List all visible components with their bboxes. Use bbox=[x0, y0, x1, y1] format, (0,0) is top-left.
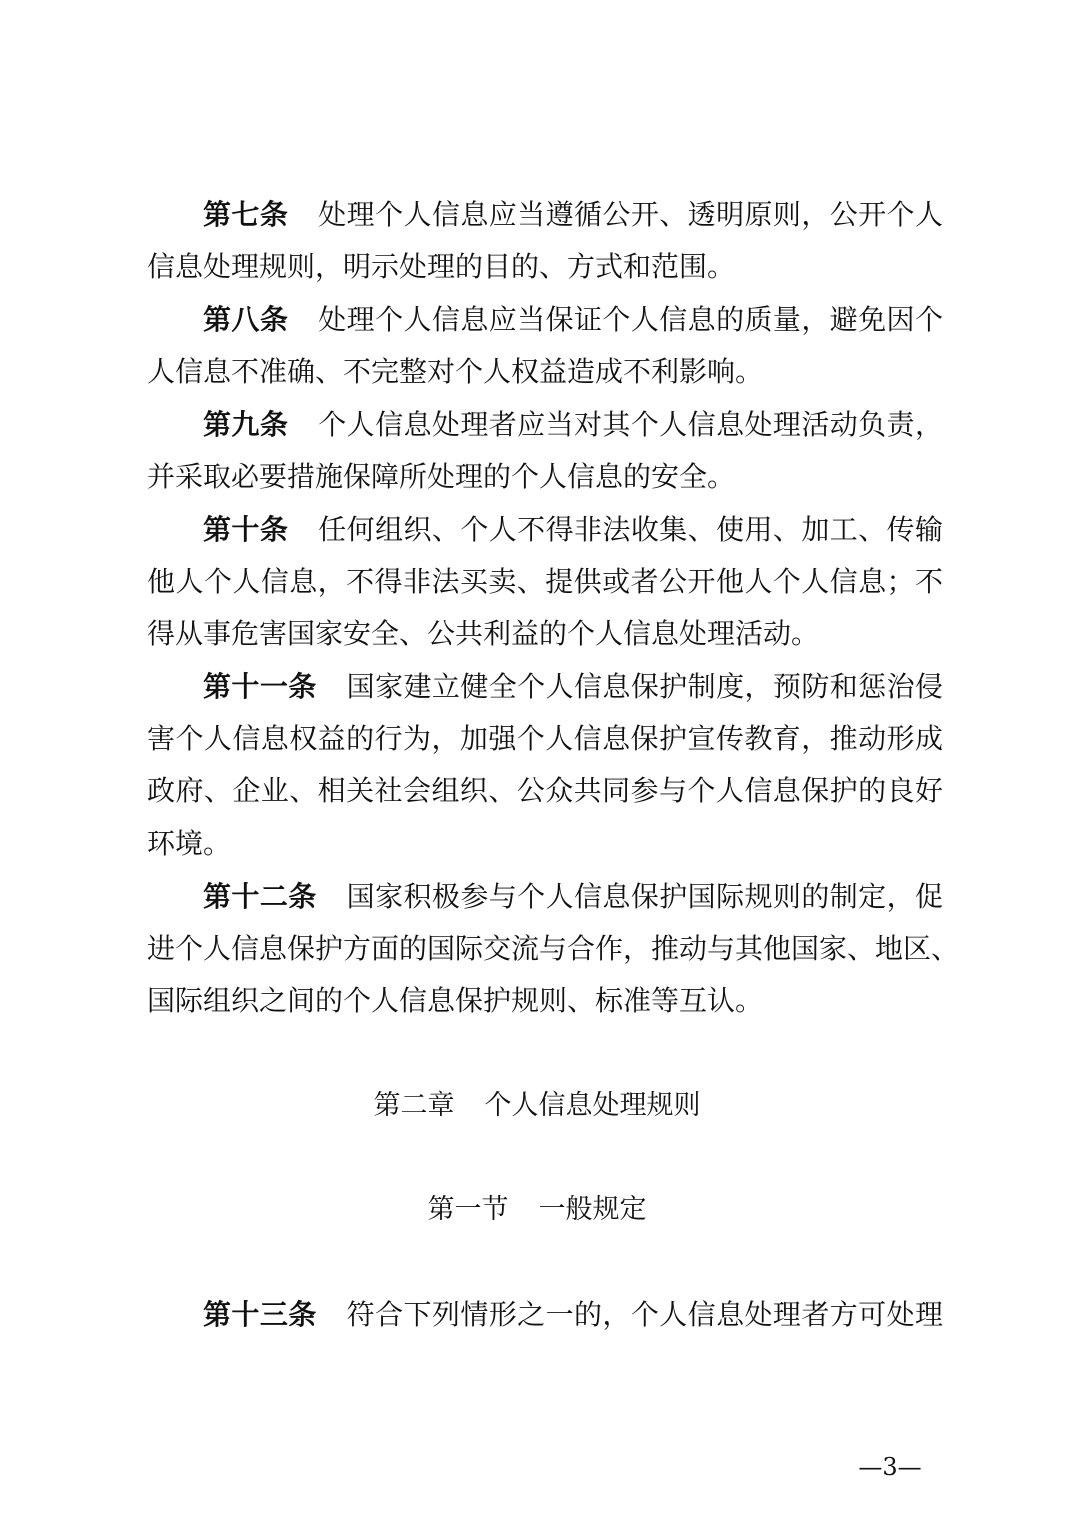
article-line: 第八条处理个人信息应当保证个人信息的质量，避免因个 bbox=[203, 294, 943, 346]
section-title: 一般规定 bbox=[539, 1194, 647, 1225]
article-number: 第十一条 bbox=[203, 670, 317, 703]
article-line: 人信息不准确、不完整对个人权益造成不利影响。 bbox=[147, 346, 943, 398]
chapter-number: 第二章 bbox=[374, 1090, 455, 1121]
article-number: 第十二条 bbox=[203, 880, 317, 913]
article-line: 信息处理规则，明示处理的目的、方式和范围。 bbox=[147, 241, 943, 293]
article-line: 国际组织之间的个人信息保护规则、标准等互认。 bbox=[147, 975, 943, 1027]
article-number: 第十条 bbox=[203, 513, 288, 546]
article-number: 第七条 bbox=[203, 198, 288, 231]
article-number: 第九条 bbox=[203, 408, 288, 441]
chapter-heading: 第二章个人信息处理规则 bbox=[0, 1080, 1074, 1132]
article-line: 第十二条国家积极参与个人信息保护国际规则的制定，促 bbox=[203, 871, 943, 923]
section-heading: 第一节一般规定 bbox=[0, 1184, 1074, 1236]
article-line: 并采取必要措施保障所处理的个人信息的安全。 bbox=[147, 451, 943, 503]
article-number: 第八条 bbox=[203, 303, 288, 336]
article-line: 政府、企业、相关社会组织、公众共同参与个人信息保护的良好 bbox=[147, 765, 943, 817]
article-line: 得从事危害国家安全、公共利益的个人信息处理活动。 bbox=[147, 608, 943, 660]
article-line: 环境。 bbox=[147, 818, 943, 870]
article-line: 他人个人信息，不得非法买卖、提供或者公开他人个人信息；不 bbox=[147, 556, 943, 608]
article-line: 第九条个人信息处理者应当对其个人信息处理活动负责， bbox=[203, 399, 943, 451]
article-line: 第七条处理个人信息应当遵循公开、透明原则，公开个人 bbox=[203, 189, 943, 241]
document-page: 第七条处理个人信息应当遵循公开、透明原则，公开个人 信息处理规则，明示处理的目的… bbox=[0, 0, 1074, 1520]
article-line: 第十一条国家建立健全个人信息保护制度，预防和惩治侵 bbox=[203, 661, 943, 713]
article-line: 害个人信息权益的行为，加强个人信息保护宣传教育，推动形成 bbox=[147, 713, 943, 765]
page-number: —3— bbox=[850, 1447, 930, 1487]
article-line: 进个人信息保护方面的国际交流与合作，推动与其他国家、地区、 bbox=[147, 923, 943, 975]
article-line: 第十条任何组织、个人不得非法收集、使用、加工、传输 bbox=[203, 504, 943, 556]
article-line: 第十三条符合下列情形之一的，个人信息处理者方可处理 bbox=[203, 1289, 943, 1341]
article-number: 第十三条 bbox=[203, 1298, 317, 1331]
chapter-title: 个人信息处理规则 bbox=[485, 1090, 701, 1121]
section-number: 第一节 bbox=[428, 1194, 509, 1225]
